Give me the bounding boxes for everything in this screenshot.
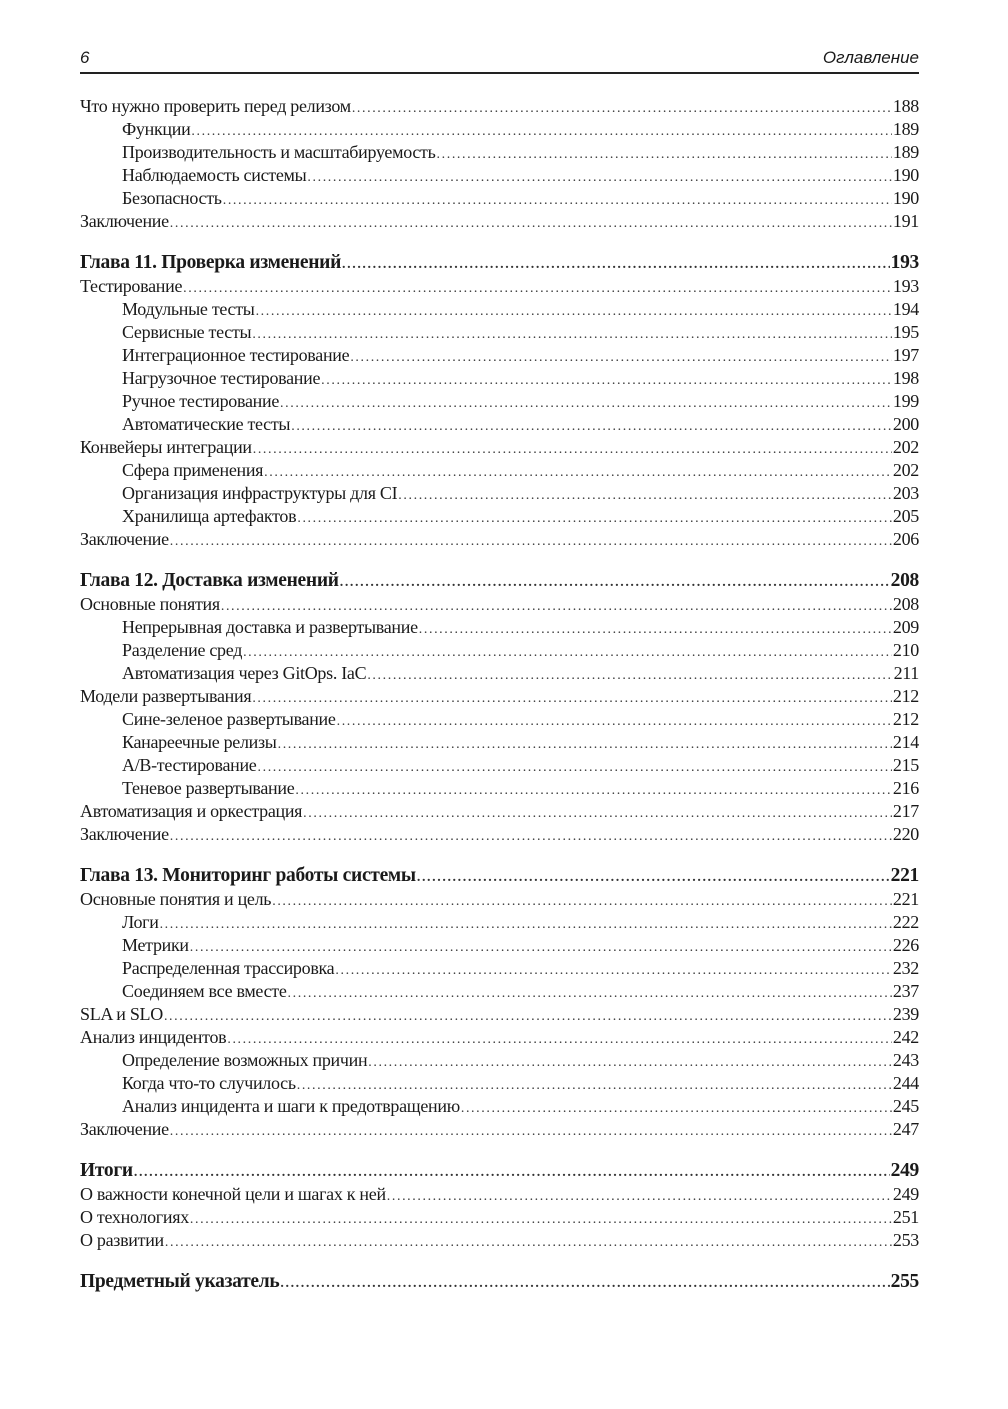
toc-section[interactable]: Тестирование193 xyxy=(80,275,919,298)
toc-entry-title: Анализ инцидента и шаги к предотвращению xyxy=(122,1095,460,1118)
dot-leader xyxy=(278,733,892,756)
toc-page-number: 251 xyxy=(893,1206,919,1229)
toc-page-number: 209 xyxy=(893,616,919,639)
toc-chapter[interactable]: Глава 12. Доставка изменений208 xyxy=(80,569,919,593)
toc-section[interactable]: Что нужно проверить перед релизом188 xyxy=(80,95,919,118)
toc-page-number: 217 xyxy=(893,800,919,823)
toc-page-number: 203 xyxy=(893,482,919,505)
dot-leader xyxy=(165,1231,892,1254)
toc-chapter[interactable]: Предметный указатель255 xyxy=(80,1270,919,1294)
toc-entry-title: Разделение сред xyxy=(122,639,242,662)
toc-entry-title: Сфера применения xyxy=(122,459,263,482)
dot-leader xyxy=(134,1161,890,1185)
dot-leader xyxy=(368,1051,892,1074)
dot-leader xyxy=(280,1272,889,1296)
toc-entry-title: Основные понятия xyxy=(80,593,220,616)
toc-subsection[interactable]: Метрики226 xyxy=(80,934,919,957)
toc-page-number: 212 xyxy=(893,685,919,708)
dot-leader xyxy=(307,166,891,189)
toc-page-number: 220 xyxy=(893,823,919,846)
running-title: Оглавление xyxy=(823,48,919,68)
toc-page-number: 242 xyxy=(893,1026,919,1049)
toc-section[interactable]: О развитии253 xyxy=(80,1229,919,1252)
toc-entry-title: Соединяем все вместе xyxy=(122,980,287,1003)
toc-section[interactable]: О технологиях251 xyxy=(80,1206,919,1229)
toc-entry-title: Метрики xyxy=(122,934,189,957)
table-of-contents: Что нужно проверить перед релизом188Функ… xyxy=(80,95,919,1294)
toc-entry-title: Теневое развертывание xyxy=(122,777,294,800)
dot-leader xyxy=(272,890,892,913)
dot-leader xyxy=(335,959,892,982)
toc-section[interactable]: Основные понятия и цель221 xyxy=(80,888,919,911)
dot-leader xyxy=(221,595,892,618)
toc-page-number: 208 xyxy=(891,569,919,593)
toc-entry-title: Логи xyxy=(122,911,159,934)
toc-page-number: 255 xyxy=(891,1270,919,1294)
toc-page-number: 193 xyxy=(893,275,919,298)
toc-subsection[interactable]: Непрерывная доставка и развертывание209 xyxy=(80,616,919,639)
toc-page-number: 198 xyxy=(893,367,919,390)
toc-page-number: 202 xyxy=(893,436,919,459)
toc-entry-title: Распределенная трассировка xyxy=(122,957,334,980)
toc-subsection[interactable]: Канареечные релизы214 xyxy=(80,731,919,754)
toc-chapter[interactable]: Итоги249 xyxy=(80,1159,919,1183)
dot-leader xyxy=(295,779,891,802)
toc-page-number: 197 xyxy=(893,344,919,367)
dot-leader xyxy=(223,189,892,212)
toc-section[interactable]: Анализ инцидентов242 xyxy=(80,1026,919,1049)
toc-page-number: 216 xyxy=(893,777,919,800)
toc-subsection[interactable]: Интеграционное тестирование197 xyxy=(80,344,919,367)
toc-page-number: 205 xyxy=(893,505,919,528)
dot-leader xyxy=(227,1028,892,1051)
dot-leader xyxy=(350,346,892,369)
toc-entry-title: Что нужно проверить перед релизом xyxy=(80,95,351,118)
toc-subsection[interactable]: Определение возможных причин243 xyxy=(80,1049,919,1072)
toc-section[interactable]: Конвейеры интеграции202 xyxy=(80,436,919,459)
toc-page-number: 212 xyxy=(893,708,919,731)
dot-leader xyxy=(191,120,891,143)
dot-leader xyxy=(417,866,890,890)
dot-leader xyxy=(291,415,892,438)
dot-leader xyxy=(398,484,892,507)
dot-leader xyxy=(170,212,892,235)
toc-entry-title: Функции xyxy=(122,118,190,141)
dot-leader xyxy=(461,1097,892,1120)
dot-leader xyxy=(190,936,892,959)
dot-leader xyxy=(340,571,890,595)
toc-entry-title: Сине-зеленое развертывание xyxy=(122,708,336,731)
dot-leader xyxy=(264,461,892,484)
toc-entry-title: Модели развертывания xyxy=(80,685,251,708)
dot-leader xyxy=(190,1208,892,1231)
toc-section[interactable]: Модели развертывания212 xyxy=(80,685,919,708)
toc-subsection[interactable]: Производительность и масштабируемость189 xyxy=(80,141,919,164)
toc-entry-title: Заключение xyxy=(80,823,169,846)
section-gap xyxy=(80,846,919,864)
toc-page-number: 211 xyxy=(894,662,919,685)
dot-leader xyxy=(170,825,892,848)
section-gap xyxy=(80,1141,919,1159)
dot-leader xyxy=(252,687,892,710)
toc-page-number: 199 xyxy=(893,390,919,413)
dot-leader xyxy=(352,97,892,120)
dot-leader xyxy=(170,1120,892,1143)
dot-leader xyxy=(183,277,892,300)
toc-entry-title: Итоги xyxy=(80,1159,133,1183)
toc-page-number: 237 xyxy=(893,980,919,1003)
toc-subsection[interactable]: Сервисные тесты195 xyxy=(80,321,919,344)
toc-page-number: 194 xyxy=(893,298,919,321)
toc-subsection[interactable]: Автоматизация через GitOps. IaC211 xyxy=(80,662,919,685)
toc-entry-title: Ручное тестирование xyxy=(122,390,279,413)
toc-subsection[interactable]: Анализ инцидента и шаги к предотвращению… xyxy=(80,1095,919,1118)
toc-entry-title: Хранилища артефактов xyxy=(122,505,296,528)
section-gap xyxy=(80,1252,919,1270)
toc-page-number: 200 xyxy=(893,413,919,436)
toc-page-number: 206 xyxy=(893,528,919,551)
toc-entry-title: Глава 13. Мониторинг работы системы xyxy=(80,864,416,888)
toc-page-number: 193 xyxy=(891,251,919,275)
dot-leader xyxy=(297,507,892,530)
toc-entry-title: Организация инфраструктуры для CI xyxy=(122,482,397,505)
toc-chapter[interactable]: Глава 13. Мониторинг работы системы221 xyxy=(80,864,919,888)
toc-page-number: 191 xyxy=(893,210,919,233)
toc-subsection[interactable]: Сине-зеленое развертывание212 xyxy=(80,708,919,731)
toc-entry-title: Автоматические тесты xyxy=(122,413,290,436)
dot-leader xyxy=(243,641,892,664)
toc-entry-title: Автоматизация через GitOps. IaC xyxy=(122,662,366,685)
toc-page-number: 202 xyxy=(893,459,919,482)
dot-leader xyxy=(367,664,892,687)
toc-subsection[interactable]: Безопасность190 xyxy=(80,187,919,210)
toc-page-number: 195 xyxy=(893,321,919,344)
dot-leader xyxy=(164,1005,892,1028)
dot-leader xyxy=(258,756,892,779)
toc-subsection[interactable]: Разделение сред210 xyxy=(80,639,919,662)
toc-entry-title: Когда что-то случилось xyxy=(122,1072,296,1095)
toc-page-number: 189 xyxy=(893,118,919,141)
dot-leader xyxy=(342,253,890,277)
dot-leader xyxy=(280,392,892,415)
toc-subsection[interactable]: Наблюдаемость системы190 xyxy=(80,164,919,187)
toc-entry-title: Модульные тесты xyxy=(122,298,255,321)
dot-leader xyxy=(253,438,892,461)
toc-subsection[interactable]: Теневое развертывание216 xyxy=(80,777,919,800)
toc-section[interactable]: Основные понятия208 xyxy=(80,593,919,616)
toc-page-number: 253 xyxy=(893,1229,919,1252)
toc-entry-title: Непрерывная доставка и развертывание xyxy=(122,616,418,639)
toc-entry-title: Заключение xyxy=(80,1118,169,1141)
toc-page-number: 239 xyxy=(893,1003,919,1026)
toc-entry-title: Интеграционное тестирование xyxy=(122,344,349,367)
toc-entry-title: Наблюдаемость системы xyxy=(122,164,306,187)
toc-section[interactable]: Заключение191 xyxy=(80,210,919,233)
toc-subsection[interactable]: Хранилища артефактов205 xyxy=(80,505,919,528)
toc-page-number: 222 xyxy=(893,911,919,934)
toc-entry-title: Предметный указатель xyxy=(80,1270,279,1294)
toc-subsection[interactable]: Распределенная трассировка232 xyxy=(80,957,919,980)
toc-section[interactable]: Заключение220 xyxy=(80,823,919,846)
toc-page-number: 226 xyxy=(893,934,919,957)
toc-section[interactable]: SLA и SLO239 xyxy=(80,1003,919,1026)
section-gap xyxy=(80,233,919,251)
toc-entry-title: Нагрузочное тестирование xyxy=(122,367,320,390)
dot-leader xyxy=(321,369,892,392)
toc-page-number: 189 xyxy=(893,141,919,164)
toc-subsection[interactable]: Функции189 xyxy=(80,118,919,141)
toc-section[interactable]: Заключение247 xyxy=(80,1118,919,1141)
toc-page-number: 245 xyxy=(893,1095,919,1118)
page-number: 6 xyxy=(80,48,89,68)
toc-page-number: 247 xyxy=(893,1118,919,1141)
toc-page-number: 214 xyxy=(893,731,919,754)
dot-leader xyxy=(337,710,892,733)
toc-entry-title: Анализ инцидентов xyxy=(80,1026,226,1049)
toc-subsection[interactable]: Нагрузочное тестирование198 xyxy=(80,367,919,390)
toc-page-number: 188 xyxy=(893,95,919,118)
toc-subsection[interactable]: Ручное тестирование199 xyxy=(80,390,919,413)
toc-entry-title: Заключение xyxy=(80,210,169,233)
toc-page-number: 249 xyxy=(893,1183,919,1206)
toc-page-number: 249 xyxy=(891,1159,919,1183)
toc-page-number: 210 xyxy=(893,639,919,662)
toc-entry-title: О развитии xyxy=(80,1229,164,1252)
dot-leader xyxy=(170,530,892,553)
toc-entry-title: Канареечные релизы xyxy=(122,731,277,754)
dot-leader xyxy=(252,323,892,346)
toc-subsection[interactable]: Соединяем все вместе237 xyxy=(80,980,919,1003)
toc-page-number: 215 xyxy=(893,754,919,777)
toc-page-number: 190 xyxy=(893,187,919,210)
dot-leader xyxy=(160,913,892,936)
toc-page-number: 221 xyxy=(891,864,919,888)
toc-entry-title: SLA и SLO xyxy=(80,1003,163,1026)
toc-subsection[interactable]: Организация инфраструктуры для CI203 xyxy=(80,482,919,505)
toc-page-number: 243 xyxy=(893,1049,919,1072)
toc-section[interactable]: О важности конечной цели и шагах к ней24… xyxy=(80,1183,919,1206)
dot-leader xyxy=(288,982,892,1005)
toc-page-number: 221 xyxy=(893,888,919,911)
toc-entry-title: Безопасность xyxy=(122,187,222,210)
toc-entry-title: О важности конечной цели и шагах к ней xyxy=(80,1183,386,1206)
toc-entry-title: Автоматизация и оркестрация xyxy=(80,800,302,823)
page-header: 6 Оглавление xyxy=(80,46,919,74)
toc-subsection[interactable]: Автоматические тесты200 xyxy=(80,413,919,436)
dot-leader xyxy=(419,618,892,641)
toc-entry-title: A/B-тестирование xyxy=(122,754,257,777)
toc-entry-title: Заключение xyxy=(80,528,169,551)
toc-page-number: 208 xyxy=(893,593,919,616)
toc-chapter[interactable]: Глава 11. Проверка изменений193 xyxy=(80,251,919,275)
toc-entry-title: Глава 11. Проверка изменений xyxy=(80,251,341,275)
toc-page-number: 244 xyxy=(893,1072,919,1095)
toc-entry-title: О технологиях xyxy=(80,1206,189,1229)
toc-subsection[interactable]: Логи222 xyxy=(80,911,919,934)
toc-page-number: 190 xyxy=(893,164,919,187)
toc-subsection[interactable]: A/B-тестирование215 xyxy=(80,754,919,777)
toc-entry-title: Конвейеры интеграции xyxy=(80,436,252,459)
toc-section[interactable]: Автоматизация и оркестрация217 xyxy=(80,800,919,823)
dot-leader xyxy=(256,300,892,323)
dot-leader xyxy=(303,802,892,825)
toc-entry-title: Сервисные тесты xyxy=(122,321,251,344)
toc-entry-title: Глава 12. Доставка изменений xyxy=(80,569,339,593)
toc-section[interactable]: Заключение206 xyxy=(80,528,919,551)
dot-leader xyxy=(437,143,892,166)
toc-subsection[interactable]: Когда что-то случилось244 xyxy=(80,1072,919,1095)
toc-subsection[interactable]: Модульные тесты194 xyxy=(80,298,919,321)
toc-subsection[interactable]: Сфера применения202 xyxy=(80,459,919,482)
dot-leader xyxy=(297,1074,892,1097)
toc-entry-title: Определение возможных причин xyxy=(122,1049,367,1072)
toc-entry-title: Производительность и масштабируемость xyxy=(122,141,436,164)
toc-entry-title: Основные понятия и цель xyxy=(80,888,271,911)
toc-page-number: 232 xyxy=(893,957,919,980)
toc-entry-title: Тестирование xyxy=(80,275,182,298)
dot-leader xyxy=(387,1185,892,1208)
section-gap xyxy=(80,551,919,569)
